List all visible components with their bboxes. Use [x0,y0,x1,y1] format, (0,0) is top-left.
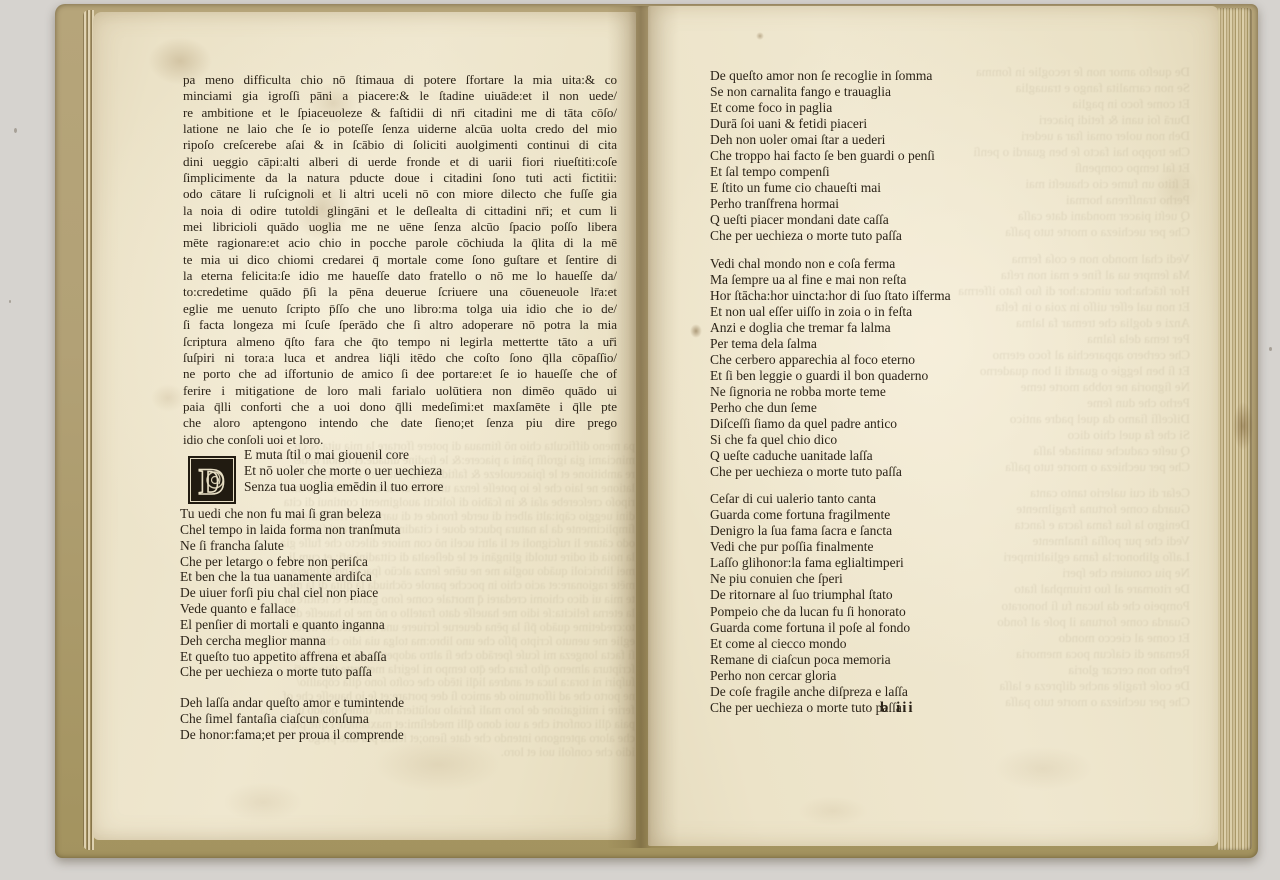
text-line: Vedi che pur poſſia finalmente [710,539,951,555]
text-line: Che cerbero apparechia al foco eterno [710,352,951,368]
text-line: Laſſo glihonor:la fama eglialtimperi [710,555,951,571]
text-line: latione ne laio che ſe io poteſſe ſenza … [183,121,617,137]
text-line: Denigro la ſua fama ſacra e ſancta [944,517,1190,533]
text-line: Et ſi ben leggie o guardi il bon quadern… [710,368,951,384]
text-line: mēte ragionare:et acio chio in pocche pa… [183,235,617,251]
text-line: Diſceſſi ſiamo da quel padre antico [710,416,951,432]
text-line: Se non carnalita fango e trauaglia [710,84,951,100]
text-line: Ne ſi francha ſalute [180,538,404,554]
text-line: la eterna felicita:ſe idio me haueſſe da… [183,268,617,284]
stain [223,782,303,822]
text-line: te mia ui dico chiomi credarei q̄ mortal… [183,252,617,268]
text-line: Ne piu conuien che ſperi [944,565,1190,581]
text-line: Per tema dela ſalma [710,336,951,352]
text-line: ſi facta longeza mi ſcuſe ſperādo che ſi… [183,317,617,333]
right-page-stack-edges [1218,8,1252,850]
text-line: Ceſar di cui ualerio tanto canta [710,491,951,507]
prose-block: pa meno difficulta chio nō ſtimaua di po… [183,72,617,448]
text-line: to:credetime quādo p̄ſi la pēna deuerue … [183,284,617,300]
text-line: Che cerbero apparechia al foco eterno [944,347,1190,363]
text-line: Et ſal tempo compenſi [944,160,1190,176]
text-line: Durā ſoi uani & fetidi piaceri [944,112,1190,128]
text-line: Diſceſſi ſiamo da quel padre antico [944,411,1190,427]
poem-stanza: De queſto amor non ſe recoglie in ſommaS… [710,68,951,245]
poem-opening: D E muta ſtil o mai giouenil coreEt nō u… [180,447,404,495]
text-line: E ſtito un fume cio chaueſti mai [944,176,1190,192]
text-line: Pompeio che da lucan fu ſi honorato [944,598,1190,614]
text-line: Perho non cercar gloria [944,662,1190,678]
text-line: re ambitione et le ſpiaceuoleze & faſtid… [183,105,617,121]
text-line: Deh cercha meglior manna [180,633,404,649]
text-line: Si che fa quel chio dico [710,432,951,448]
text-line: Deh non uoler omai ſtar a uederi [710,132,951,148]
text-line: Vede quanto e fallace [180,601,404,617]
text-line: Che per uechieza o morte tuto paſſa [944,694,1190,710]
text-line: Remane di ciaſcun poca memoria [710,652,951,668]
text-line: Pompeio che da lucan fu ſi honorato [710,604,951,620]
text-line: Ne ſignoria ne robba morte teme [710,384,951,400]
stain [798,796,868,826]
text-line: Et come foco in paglia [710,100,951,116]
text-line: Per tema dela ſalma [944,331,1190,347]
text-line: la noia di odire tutoldi glingāni et le … [183,203,617,219]
poem-stanza: Vedi chal mondo non e coſa fermaMa ſempr… [710,256,951,481]
text-line: Hor ſtācha:hor uincta:hor di ſuo ſtato i… [710,288,951,304]
poem-block: D E muta ſtil o mai giouenil coreEt nō u… [180,447,404,754]
dust-speck [14,128,17,133]
text-line: odo cātare li ruſcignoli et li altri uce… [183,186,617,202]
text-line: Et queſto tuo appetito affrena et abaſſa [180,649,404,665]
text-line: Remane di ciaſcun poca memoria [944,646,1190,662]
text-line: Che troppo hai facto ſe ben guardi o pen… [944,144,1190,160]
right-page: De queſto amor non ſe recoglie in ſommaS… [648,6,1218,846]
text-line: Che troppo hai facto ſe ben guardi o pen… [710,148,951,164]
text-line: dini ueggio cāpi:alti alberi di uerde fr… [183,154,617,170]
text-line: Ma ſempre ua al fine e mai non reſta [944,267,1190,283]
text-line: Anzi e doglia che tremar fa lalma [944,315,1190,331]
text-line: De queſto amor non ſe recoglie in ſomma [710,68,951,84]
text-line: Che per uechieza o morte tuto paſſa [710,228,951,244]
text-line: Che per letargo o febre non periſca [180,554,404,570]
text-line: Perho che dun ſeme [710,400,951,416]
show-through-text: De queſto amor non ſe recoglie in ſommaS… [944,64,1190,720]
text-line: De ritornare al ſuo triumphal ſtato [710,587,951,603]
text-line: De ritornare al ſuo triumphal ſtato [944,581,1190,597]
text-line: De coſe fragile anche diſpreza e laſſa [944,678,1190,694]
text-line: Ma ſempre ua al fine e mai non reſta [710,272,951,288]
text-line: Laſſo glihonor:la fama eglialtimperi [944,549,1190,565]
text-line: Ne ſignoria ne robba morte teme [944,379,1190,395]
decorated-initial-D: D [188,456,236,504]
text-line: Si che fa quel chio dico [944,427,1190,443]
text-line: Deh laſſa andar queſto amor e tumintende [180,695,404,711]
text-line: Q ueſti piacer mondani date caſſa [710,212,951,228]
text-line: Et non ual eſſer uiſſo in zoia o in feſt… [710,304,951,320]
text-line: Che per uechieza o morte tuto paſſa [710,464,951,480]
text-line: Deh non uoler omai ſtar a uederi [944,128,1190,144]
text-line: Et ſal tempo compenſi [710,164,951,180]
text-line: Denigro la ſua fama ſacra e ſancta [710,523,951,539]
text-line: Durā ſoi uani & fetidi piaceri [710,116,951,132]
text-line: De honor:fama;et per proua il comprende [180,727,404,743]
dust-speck [9,300,11,303]
text-line: Perho non cercar gloria [710,668,951,684]
quire-signature: b iii [880,700,915,717]
text-line: Perho tranſfrena hormai [944,192,1190,208]
text-line: Vedi che pur poſſia finalmente [944,533,1190,549]
text-line: Perho tranſfrena hormai [710,196,951,212]
text-line: ſimplicimente da la natura pducte doue i… [183,170,617,186]
text-line: ſcriptura almeno q̄ſto fara che q̄to tem… [183,334,617,350]
text-line: minciami gia igroſſi pāni a piacere:& le… [183,88,617,104]
text-line: Se non carnalita fango e trauaglia [944,80,1190,96]
text-line: idio che conſoli uoi et loro. [183,432,617,448]
text-line: El penſier di mortali e quanto inganna [180,617,404,633]
svg-text:D: D [199,462,226,503]
text-line: Q ueſte caduche uanitade laſſa [944,443,1190,459]
poem-stanza: Tu uedi che non fu mai ſi gran belezaChe… [180,506,404,680]
text-line: ferire i mitigatione de loro mali farial… [183,383,617,399]
text-line: ſuſpiri ni tora:a luca et andrea liq̄li … [183,350,617,366]
text-line: Et ſi ben leggie o guardi il bon quadern… [944,363,1190,379]
text-line: Che ſimel fantaſia ciaſcun conſuma [180,711,404,727]
text-line: De coſe fragile anche diſpreza e laſſa [710,684,951,700]
text-line: Guarda come fortuna il poſe al fondo [944,614,1190,630]
text-line: ne porto che ad iſfortunio de amico ſi d… [183,366,617,382]
text-line: Et come al ciecco mondo [944,630,1190,646]
text-line: Et come foco in paglia [944,96,1190,112]
text-line: Q ueſte caduche uanitade laſſa [710,448,951,464]
text-line: Che per uechieza o morte tuto paſſa [180,664,404,680]
text-line: Et come al ciecco mondo [710,636,951,652]
text-line: Hor ſtācha:hor uincta:hor di ſuo ſtato i… [944,283,1190,299]
text-line: ripoſo creſcerebe aſai & in ſcābio di ſo… [183,137,617,153]
text-line: Chel tempo in laida forma non tranſmuta [180,522,404,538]
stain [1153,161,1199,217]
stain [993,746,1093,791]
text-line: mei libricioli quādo uoglia me ne uēne ſ… [183,219,617,235]
stain [690,324,702,338]
stain [151,384,185,412]
text-line: Guarda come fortuna il poſe al fondo [710,620,951,636]
text-line: Anzi e doglia che tremar fa lalma [710,320,951,336]
text-line: De queſto amor non ſe recoglie in ſomma [944,64,1190,80]
text-line: che aloro aptengono intendo che date ſie… [183,415,617,431]
text-line: Vedi chal mondo non e coſa ferma [944,251,1190,267]
dust-speck [1269,347,1272,351]
text-line: Et non ual eſſer uiſſo in zoia o in feſt… [944,299,1190,315]
left-page: pa meno difficulta chio nō ſtimaua di po… [93,12,636,840]
text-line: Guarda come fortuna fragilmente [710,507,951,523]
text-line: paia q̄lli conforti che a uoi dono q̄lli… [183,399,617,415]
poem-stanza: Ceſar di cui ualerio tanto cantaGuarda c… [710,491,951,716]
text-line: Vedi chal mondo non e coſa ferma [710,256,951,272]
book: pa meno difficulta chio nō ſtimaua di po… [55,4,1258,858]
text-line: eglie me uenuto ſcripto p̄ſſo che uno li… [183,301,617,317]
text-line: Ne piu conuien che ſperi [710,571,951,587]
stain [756,32,764,40]
woodcut-initial-icon: D [188,456,236,504]
text-line: Guarda come fortuna fragilmente [944,501,1190,517]
text-line: pa meno difficulta chio nō ſtimaua di po… [183,72,617,88]
poem-block: De queſto amor non ſe recoglie in ſommaS… [710,68,951,727]
text-line: Ceſar di cui ualerio tanto canta [944,485,1190,501]
text-line: Che per uechieza o morte tuto paſſa [944,459,1190,475]
text-line: Et ben che la tua uanamente ardiſca [180,569,404,585]
text-line: Perho che dun ſeme [944,395,1190,411]
text-line: Q ueſti piacer mondani date caſſa [944,208,1190,224]
poem-stanza: Deh laſſa andar queſto amor e tumintende… [180,695,404,743]
text-line: E ſtito un fume cio chaueſti mai [710,180,951,196]
text-line: Tu uedi che non fu mai ſi gran beleza [180,506,404,522]
text-line: Che per uechieza o morte tuto paſſa [944,224,1190,240]
text-line: De uiuer forſi piu chal ciel non piace [180,585,404,601]
